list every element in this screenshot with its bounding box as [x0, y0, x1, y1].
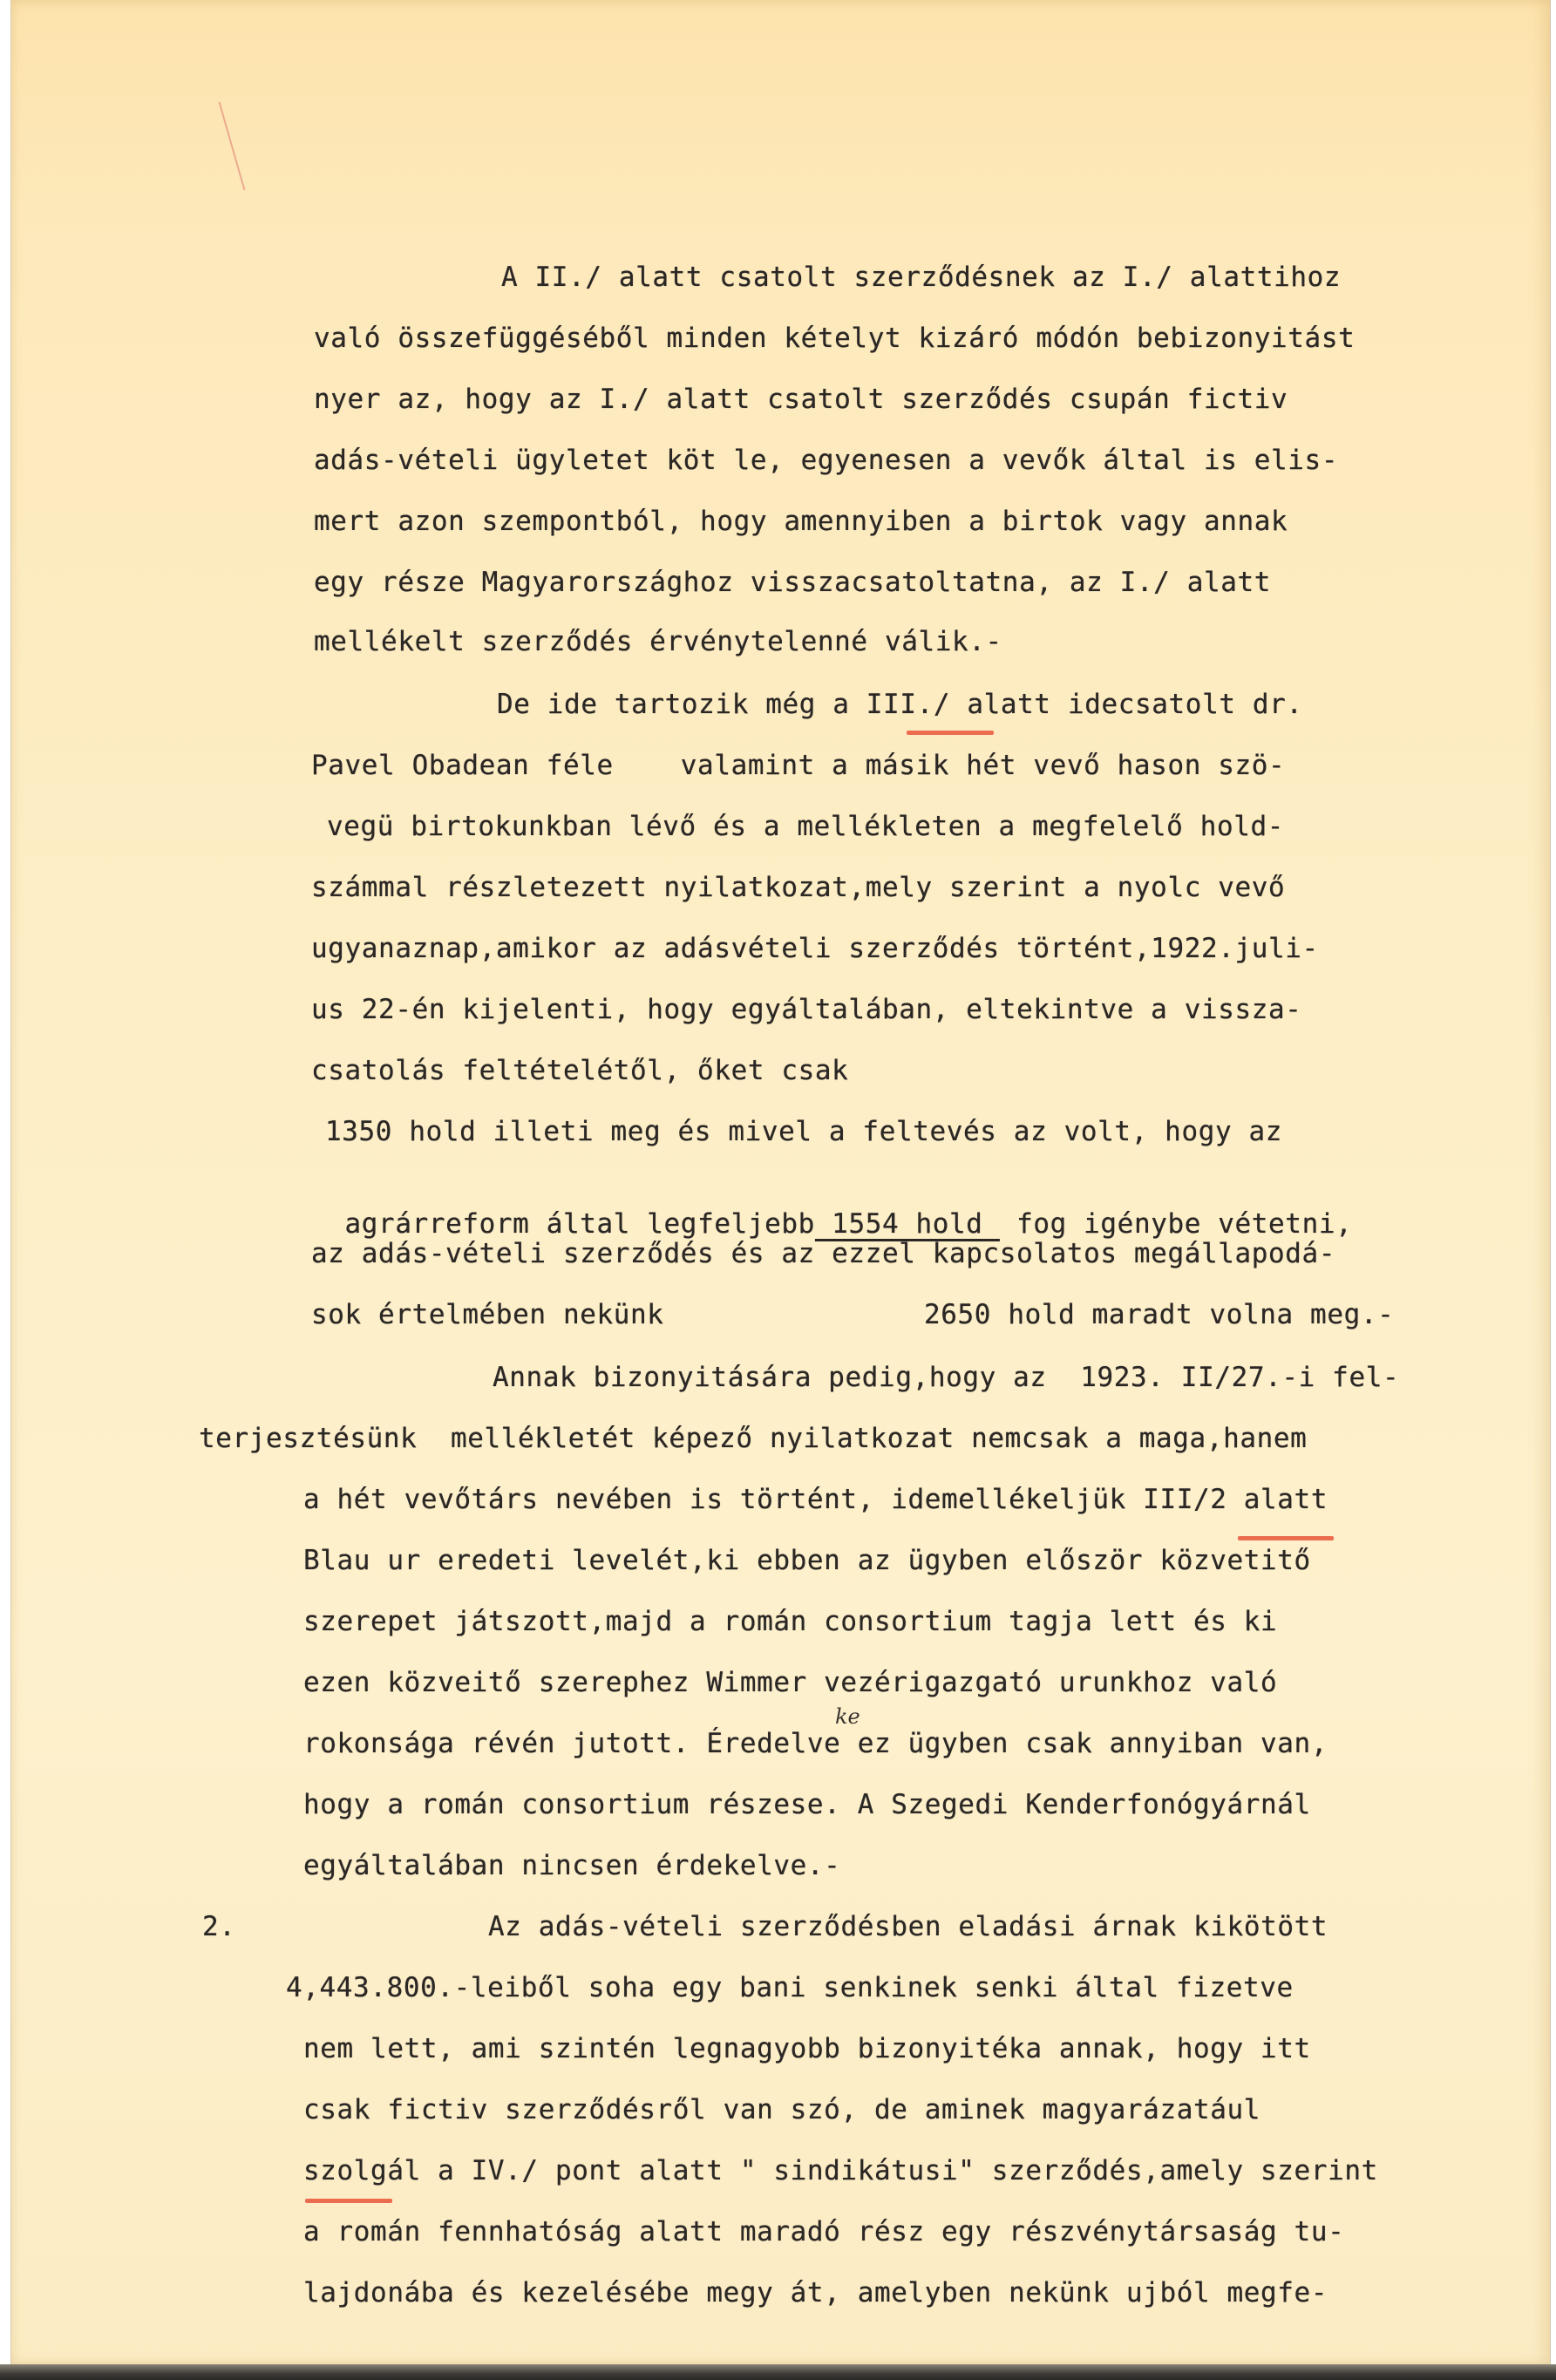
text-line: Az adás-vételi szerződésben eladási árna… [488, 1911, 1328, 1942]
text-line: a hét vevőtárs nevében is történt, ideme… [303, 1484, 1328, 1515]
page-left-margin [0, 0, 11, 2364]
text-line: mert azon szempontból, hogy amennyiben a… [314, 506, 1288, 537]
text-line: való összefüggéséből minden kételyt kizá… [314, 323, 1355, 354]
text-line: ugyanaznap,amikor az adásvételi szerződé… [311, 933, 1319, 964]
text-line: nem lett, ami szintén legnagyobb bizonyi… [303, 2033, 1311, 2064]
section-number: 2. [202, 1911, 236, 1942]
text-line: sok értelmében nekünk [311, 1299, 664, 1330]
red-underline-mark [1238, 1536, 1334, 1540]
text-line: adás-vételi ügyletet köt le, egyenesen a… [314, 445, 1338, 476]
page-right-edge [1550, 0, 1556, 2380]
text-line: egy része Magyarországhoz visszacsatolta… [314, 567, 1271, 598]
text-line: terjesztésünk mellékletét képező nyilatk… [199, 1423, 1307, 1454]
text-line: szolgál a IV./ pont alatt " sindikátusi"… [303, 2155, 1378, 2186]
text-line: rokonsága révén jutott. Éredelve ez ügyb… [303, 1728, 1328, 1759]
text-line: hogy a román consortium részese. A Szege… [303, 1789, 1311, 1820]
text-line: lajdonába és kezelésébe megy át, amelybe… [303, 2277, 1328, 2309]
text-line: 2650 hold maradt volna meg.- [924, 1299, 1394, 1330]
text-line: ezen közveitő szerephez Wimmer vezérigaz… [303, 1667, 1277, 1698]
red-underline-mark [907, 731, 994, 735]
text-line: A II./ alatt csatolt szerződésnek az I./… [501, 262, 1341, 293]
text-line: agrárreform által legfeljebb 1554 hold f… [311, 1177, 1352, 1240]
text-segment: agrárreform által legfeljebb [345, 1208, 815, 1240]
text-segment: fog igénybe vétetni, [1016, 1208, 1352, 1240]
text-line: az adás-vételi szerződés és az ezzel kap… [311, 1238, 1335, 1269]
text-line: mellékelt szerződés érvénytelenné válik.… [314, 626, 1002, 657]
handwritten-correction: ke [835, 1704, 860, 1729]
text-line: 4,443.800.-leiből soha egy bani senkinek… [286, 1972, 1294, 2003]
text-line: us 22-én kijelenti, hogy egyáltalában, e… [311, 994, 1302, 1025]
text-line: csatolás feltételétől, őket csak [311, 1055, 848, 1086]
text-line: De ide tartozik még a III./ alatt idecsa… [497, 689, 1303, 720]
text-line: vegü birtokunkban lévő és a mellékleten … [327, 811, 1284, 842]
text-line: egyáltalában nincsen érdekelve.- [303, 1850, 840, 1881]
red-underline-mark [305, 2199, 392, 2203]
text-line: csak fictiv szerződésről van szó, de ami… [303, 2094, 1260, 2125]
text-line: Annak bizonyitására pedig,hogy az 1923. … [493, 1362, 1399, 1393]
text-line: a román fennhatóság alatt maradó rész eg… [303, 2216, 1344, 2247]
underlined-area: 1554 hold [815, 1208, 1000, 1240]
text-line: Pavel Obadean féle valamint a másik hét … [311, 750, 1285, 781]
text-line: nyer az, hogy az I./ alatt csatolt szerz… [314, 384, 1288, 415]
text-line: 1350 hold illeti meg és mivel a feltevés… [325, 1116, 1282, 1147]
scan-bottom-edge [0, 2364, 1556, 2380]
text-line: szerepet játszott,majd a román consortiu… [303, 1606, 1277, 1637]
text-line: Blau ur eredeti levelét,ki ebben az ügyb… [303, 1545, 1311, 1576]
text-line: számmal részletezett nyilatkozat,mely sz… [311, 872, 1285, 903]
